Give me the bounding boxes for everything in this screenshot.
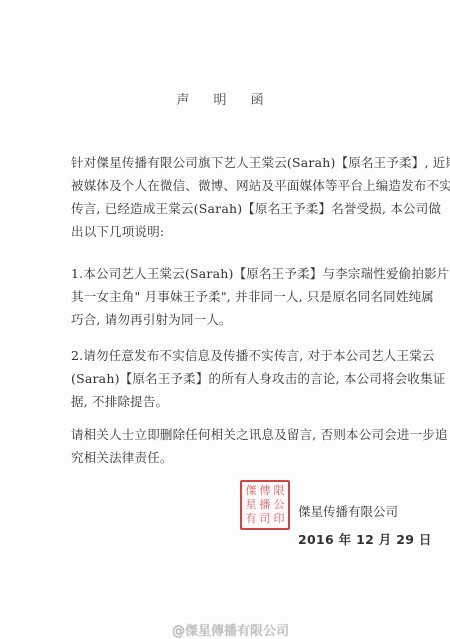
seal-char: 星 — [244, 498, 258, 512]
document-title: 声 明 函 — [0, 89, 450, 108]
statement-item-1: 1.本公司艺人王棠云(Sarah)【原名王予柔】与李宗瑞性爱偷拍影片 其一女主角… — [71, 262, 389, 331]
seal-char: 公 — [272, 498, 286, 512]
seal-char: 有 — [244, 512, 258, 526]
item-line: 巧合, 请勿再引射为同一人。 — [71, 308, 389, 331]
company-seal-stamp: 傑 傳 限 星 播 公 有 司 印 — [240, 480, 290, 530]
weibo-watermark: @傑星傳播有限公司 — [172, 620, 289, 639]
seal-char: 播 — [258, 498, 272, 512]
intro-line: 出以下几项说明: — [71, 220, 389, 243]
closing-line: 究相关法律责任。 — [71, 446, 389, 469]
item-line: (Sarah)【原名王予柔】的所有人身攻击的言论, 本公司将会收集证 — [71, 367, 389, 390]
closing-paragraph: 请相关人士立即删除任何相关之讯息及留言, 否则本公司会进一步追 究相关法律责任。 — [71, 423, 389, 469]
seal-char: 傑 — [244, 484, 258, 498]
item-line: 2.请勿任意发布不实信息及传播不实传言, 对于本公司艺人王棠云 — [71, 344, 389, 367]
seal-char: 司 — [258, 512, 272, 526]
company-signature: 傑星传播有限公司 — [298, 502, 398, 520]
closing-line: 请相关人士立即删除任何相关之讯息及留言, 否则本公司会进一步追 — [71, 423, 389, 446]
item-line: 据, 不排除提告。 — [71, 390, 389, 413]
document-date: 2016 年 12 月 29 日 — [298, 530, 432, 548]
seal-char: 傳 — [258, 484, 272, 498]
intro-line: 传言, 已经造成王棠云(Sarah)【原名王予柔】名誉受损, 本公司做 — [71, 197, 389, 220]
seal-char: 印 — [272, 512, 286, 526]
statement-letter-page: 声 明 函 针对傑星传播有限公司旗下艺人王棠云(Sarah)【原名王予柔】, 近… — [0, 0, 450, 639]
item-line: 1.本公司艺人王棠云(Sarah)【原名王予柔】与李宗瑞性爱偷拍影片 — [71, 262, 389, 285]
seal-char: 限 — [272, 484, 286, 498]
statement-item-2: 2.请勿任意发布不实信息及传播不实传言, 对于本公司艺人王棠云 (Sarah)【… — [71, 344, 389, 413]
item-line: 其一女主角" 月事妹王予柔", 并非同一人, 只是原名同名同姓纯属 — [71, 285, 389, 308]
intro-line: 被媒体及个人在微信、微博、网站及平面媒体等平台上编造发布不实 — [71, 174, 389, 197]
intro-line: 针对傑星传播有限公司旗下艺人王棠云(Sarah)【原名王予柔】, 近期 — [71, 151, 389, 174]
intro-paragraph: 针对傑星传播有限公司旗下艺人王棠云(Sarah)【原名王予柔】, 近期 被媒体及… — [71, 151, 389, 243]
